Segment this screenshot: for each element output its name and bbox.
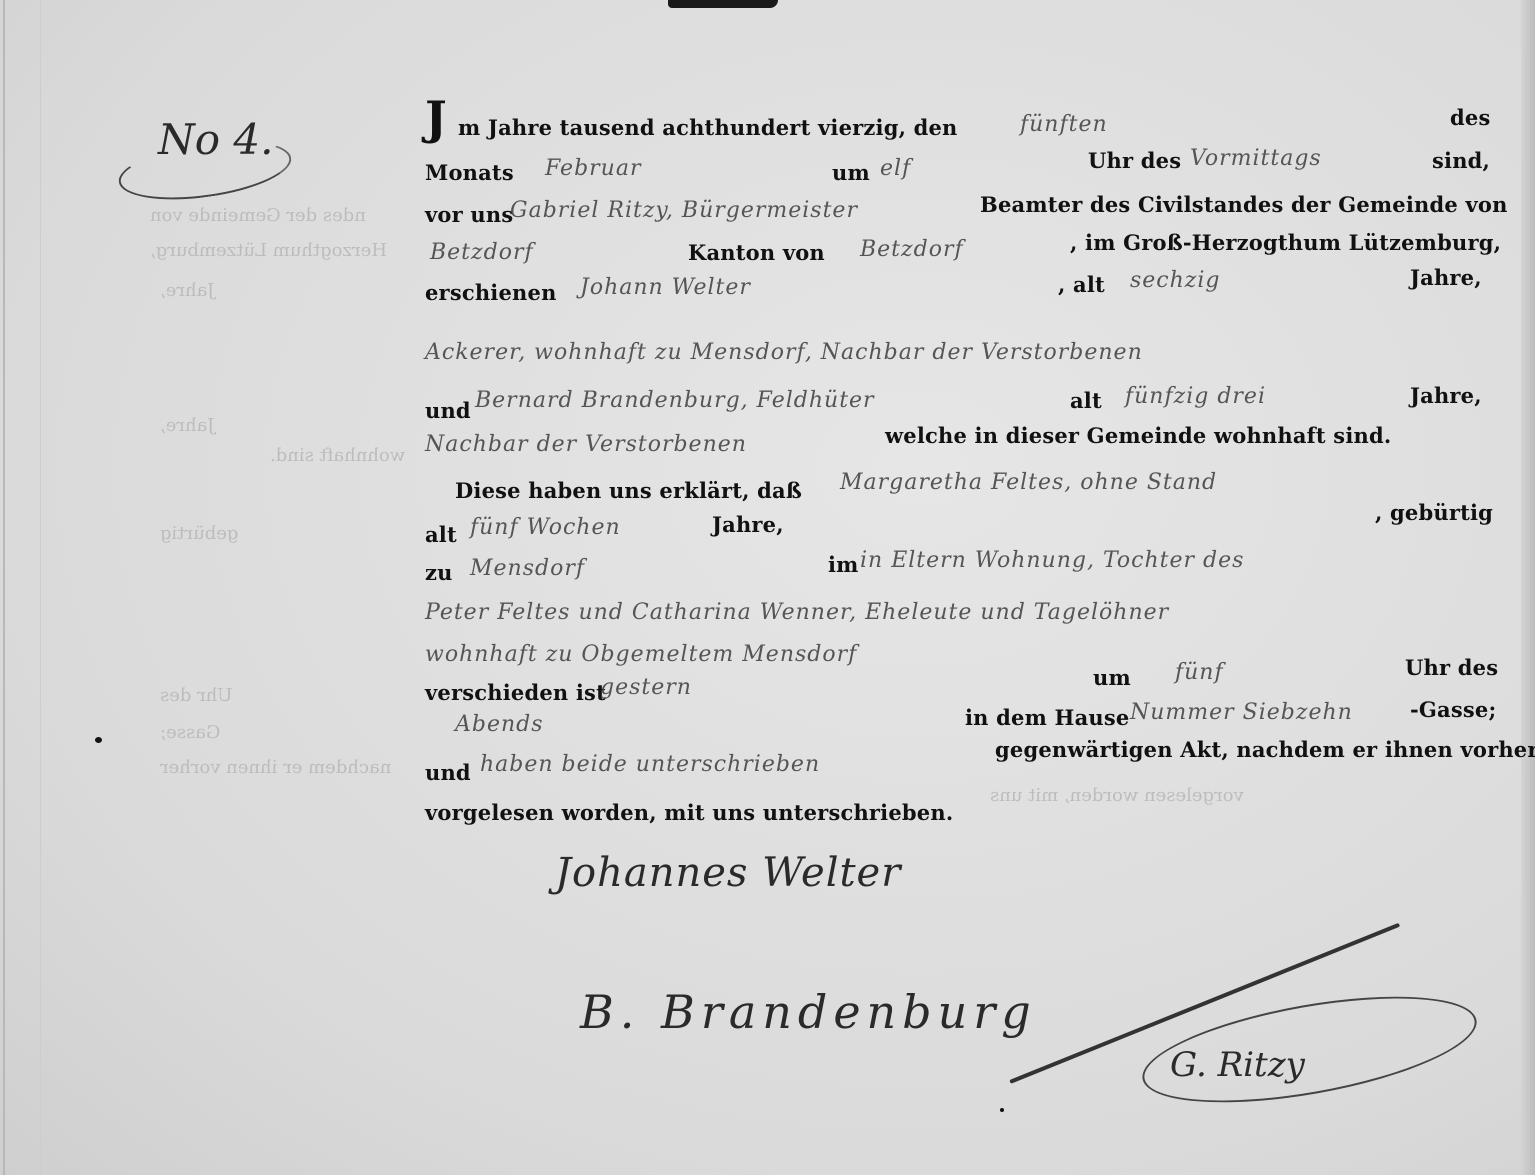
printed-jahre-1: Jahre,: [1410, 265, 1482, 290]
printed-um-2: um: [1093, 665, 1131, 690]
entry-number: No 4.: [118, 115, 293, 185]
printed-beamter: Beamter des Civilstandes der Gemeinde vo…: [980, 192, 1508, 217]
bleed-through-text: Uhr des: [160, 685, 233, 706]
entry-number-text: No 4.: [158, 115, 273, 164]
bleed-through-text: gebürtig: [160, 523, 238, 544]
bleed-through-text: Jahre,: [160, 280, 215, 301]
handwritten-residence: in Eltern Wohnung, Tochter des: [860, 548, 1244, 573]
signature-declarant1: Johannes Welter: [555, 850, 901, 896]
handwritten-day: fünften: [1020, 112, 1108, 137]
page-edge: [1521, 0, 1535, 1175]
printed-alt-1: , alt: [1058, 272, 1105, 297]
bleed-through-text: vorgelesen worden, mit uns: [990, 785, 1244, 806]
decorative-initial: J: [425, 95, 447, 141]
printed-in-dem-hause: in dem Hause: [965, 705, 1129, 730]
printed-kanton-von: Kanton von: [688, 240, 825, 265]
handwritten-declarant1-details: Ackerer, wohnhaft zu Mensdorf, Nachbar d…: [425, 340, 1143, 365]
handwritten-declarant2-age: fünfzig drei: [1125, 384, 1266, 409]
handwritten-month: Februar: [545, 156, 641, 181]
ink-speck: [95, 737, 102, 743]
handwritten-official: Gabriel Ritzy, Bürgermeister: [510, 198, 858, 223]
handwritten-hour: elf: [880, 156, 911, 181]
printed-des: des: [1450, 105, 1490, 130]
handwritten-time-of-day-2: Abends: [455, 712, 544, 737]
handwritten-declarant1-age: sechzig: [1130, 268, 1221, 293]
ink-mark: [668, 0, 778, 8]
handwritten-died-when: gestern: [600, 675, 692, 700]
handwritten-commune: Betzdorf: [430, 240, 534, 265]
handwritten-declarant2: Bernard Brandenburg, Feldhüter: [475, 388, 875, 413]
printed-verschieden: verschieden ist: [425, 680, 606, 705]
printed-und-2: und: [425, 760, 471, 785]
bleed-through-text: nachdem er ihnen vorher: [160, 757, 391, 778]
printed-gebuertig: , gebürtig: [1375, 500, 1493, 525]
signature-official: G. Ritzy: [1170, 1045, 1305, 1085]
printed-uhr-des: Uhr des: [1088, 148, 1181, 173]
printed-im: im: [828, 552, 859, 577]
printed-alt-2: alt: [1070, 388, 1102, 413]
handwritten-house: Nummer Siebzehn: [1130, 700, 1353, 725]
printed-diese: Diese haben uns erklärt, daß: [455, 478, 802, 503]
handwritten-parents: Peter Feltes und Catharina Wenner, Ehele…: [425, 600, 1169, 625]
printed-erschienen: erschienen: [425, 280, 557, 305]
printed-jahre-3: Jahre,: [712, 512, 784, 537]
margin-line: [40, 0, 41, 1175]
printed-gross-herzogthum: , im Groß-Herzogthum Lützemburg,: [1070, 230, 1501, 255]
handwritten-time-of-day: Vormittags: [1190, 146, 1322, 171]
printed-gegenwaertigen: gegenwärtigen Akt, nachdem er ihnen vorh…: [995, 737, 1535, 762]
handwritten-birthplace: Mensdorf: [470, 556, 585, 581]
handwritten-died-hour: fünf: [1175, 660, 1224, 685]
printed-line-year: m Jahre tausend achthundert vierzig, den: [458, 115, 958, 140]
document-page: ndes der Gemeinde von Herzogthum Lützemb…: [0, 0, 1535, 1175]
printed-welche: welche in dieser Gemeinde wohnhaft sind.: [885, 423, 1391, 448]
handwritten-declarant1: Johann Welter: [580, 275, 751, 300]
bleed-through-text: Herzogthum Lützemburg,: [150, 240, 387, 261]
printed-monats: Monats: [425, 160, 514, 185]
bleed-through-text: Jahre,: [160, 415, 215, 436]
printed-sind: sind,: [1432, 148, 1490, 173]
printed-gasse: -Gasse;: [1410, 697, 1496, 722]
handwritten-deceased-age: fünf Wochen: [470, 515, 621, 540]
handwritten-declarant2-relation: Nachbar der Verstorbenen: [425, 432, 747, 457]
handwritten-deceased: Margaretha Feltes, ohne Stand: [840, 470, 1217, 495]
handwritten-witness-note: haben beide unterschrieben: [480, 752, 820, 777]
printed-zu: zu: [425, 560, 453, 585]
bleed-through-text: Gasse;: [160, 722, 220, 743]
bleed-through-text: wohnhaft sind.: [270, 445, 405, 466]
printed-uhr-des-2: Uhr des: [1405, 655, 1498, 680]
printed-jahre-2: Jahre,: [1410, 383, 1482, 408]
handwritten-parents-residence: wohnhaft zu Obgemeltem Mensdorf: [425, 642, 857, 667]
printed-und-1: und: [425, 398, 471, 423]
printed-alt-3: alt: [425, 522, 457, 547]
printed-um: um: [832, 160, 870, 185]
printed-vorgelesen: vorgelesen worden, mit uns unterschriebe…: [425, 800, 953, 825]
handwritten-canton: Betzdorf: [860, 237, 964, 262]
printed-vor-uns: vor uns: [425, 202, 513, 227]
signature-declarant2: B. Brandenburg: [580, 985, 1037, 1039]
binding-edge: [3, 0, 5, 1175]
bleed-through-text: ndes der Gemeinde von: [150, 205, 366, 226]
ink-speck: [1000, 1108, 1004, 1112]
